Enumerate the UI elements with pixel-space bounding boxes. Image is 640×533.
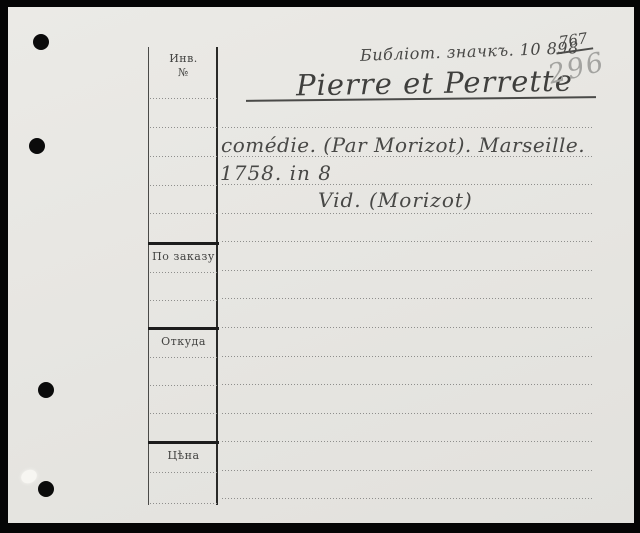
ruled-line (222, 298, 592, 299)
ruled-line (222, 413, 592, 414)
column-ruled-line (150, 503, 217, 504)
punch-hole (38, 481, 54, 497)
by-order-label: По заказу (150, 250, 217, 263)
inventory-number-label: Инв. (150, 52, 217, 65)
ruled-line (222, 241, 592, 242)
ruled-line (222, 470, 592, 471)
column-ruled-line (150, 185, 217, 186)
inventory-number-sign: № (150, 66, 217, 79)
column-section-divider (148, 242, 219, 245)
ruled-line (222, 384, 592, 385)
column-ruled-line (150, 413, 217, 414)
ruled-line (222, 441, 592, 442)
origin-label: Откуда (150, 335, 217, 348)
column-section-divider (148, 327, 219, 330)
column-ruled-line (150, 156, 217, 157)
price-label: Цѣна (150, 449, 217, 462)
ruled-line (222, 327, 592, 328)
punch-hole (33, 34, 49, 50)
column-ruled-line (150, 213, 217, 214)
ruled-line (222, 270, 592, 271)
ruled-line (222, 127, 592, 128)
ruled-line (222, 498, 592, 499)
entry-line-2: 1758. in 8 (220, 161, 332, 185)
entry-line-1: comédie. (Par Morizot). Marseille. (221, 133, 585, 157)
ruled-line (222, 356, 592, 357)
column-ruled-line (150, 300, 217, 301)
column-ruled-line (150, 472, 217, 473)
column-right-border (216, 47, 218, 505)
column-ruled-line (150, 98, 217, 99)
punch-hole (29, 138, 45, 154)
punch-hole (38, 382, 54, 398)
entry-line-3: Vid. (Morizot) (318, 188, 473, 212)
scanned-catalog-card: Инв. № По заказу Откуда Цѣна Библіот. зн… (0, 0, 640, 533)
column-left-border (148, 47, 149, 505)
column-ruled-line (150, 272, 217, 273)
column-ruled-line (150, 127, 217, 128)
column-ruled-line (150, 385, 217, 386)
column-ruled-line (150, 357, 217, 358)
ruled-line (222, 213, 592, 214)
column-section-divider (148, 441, 219, 444)
